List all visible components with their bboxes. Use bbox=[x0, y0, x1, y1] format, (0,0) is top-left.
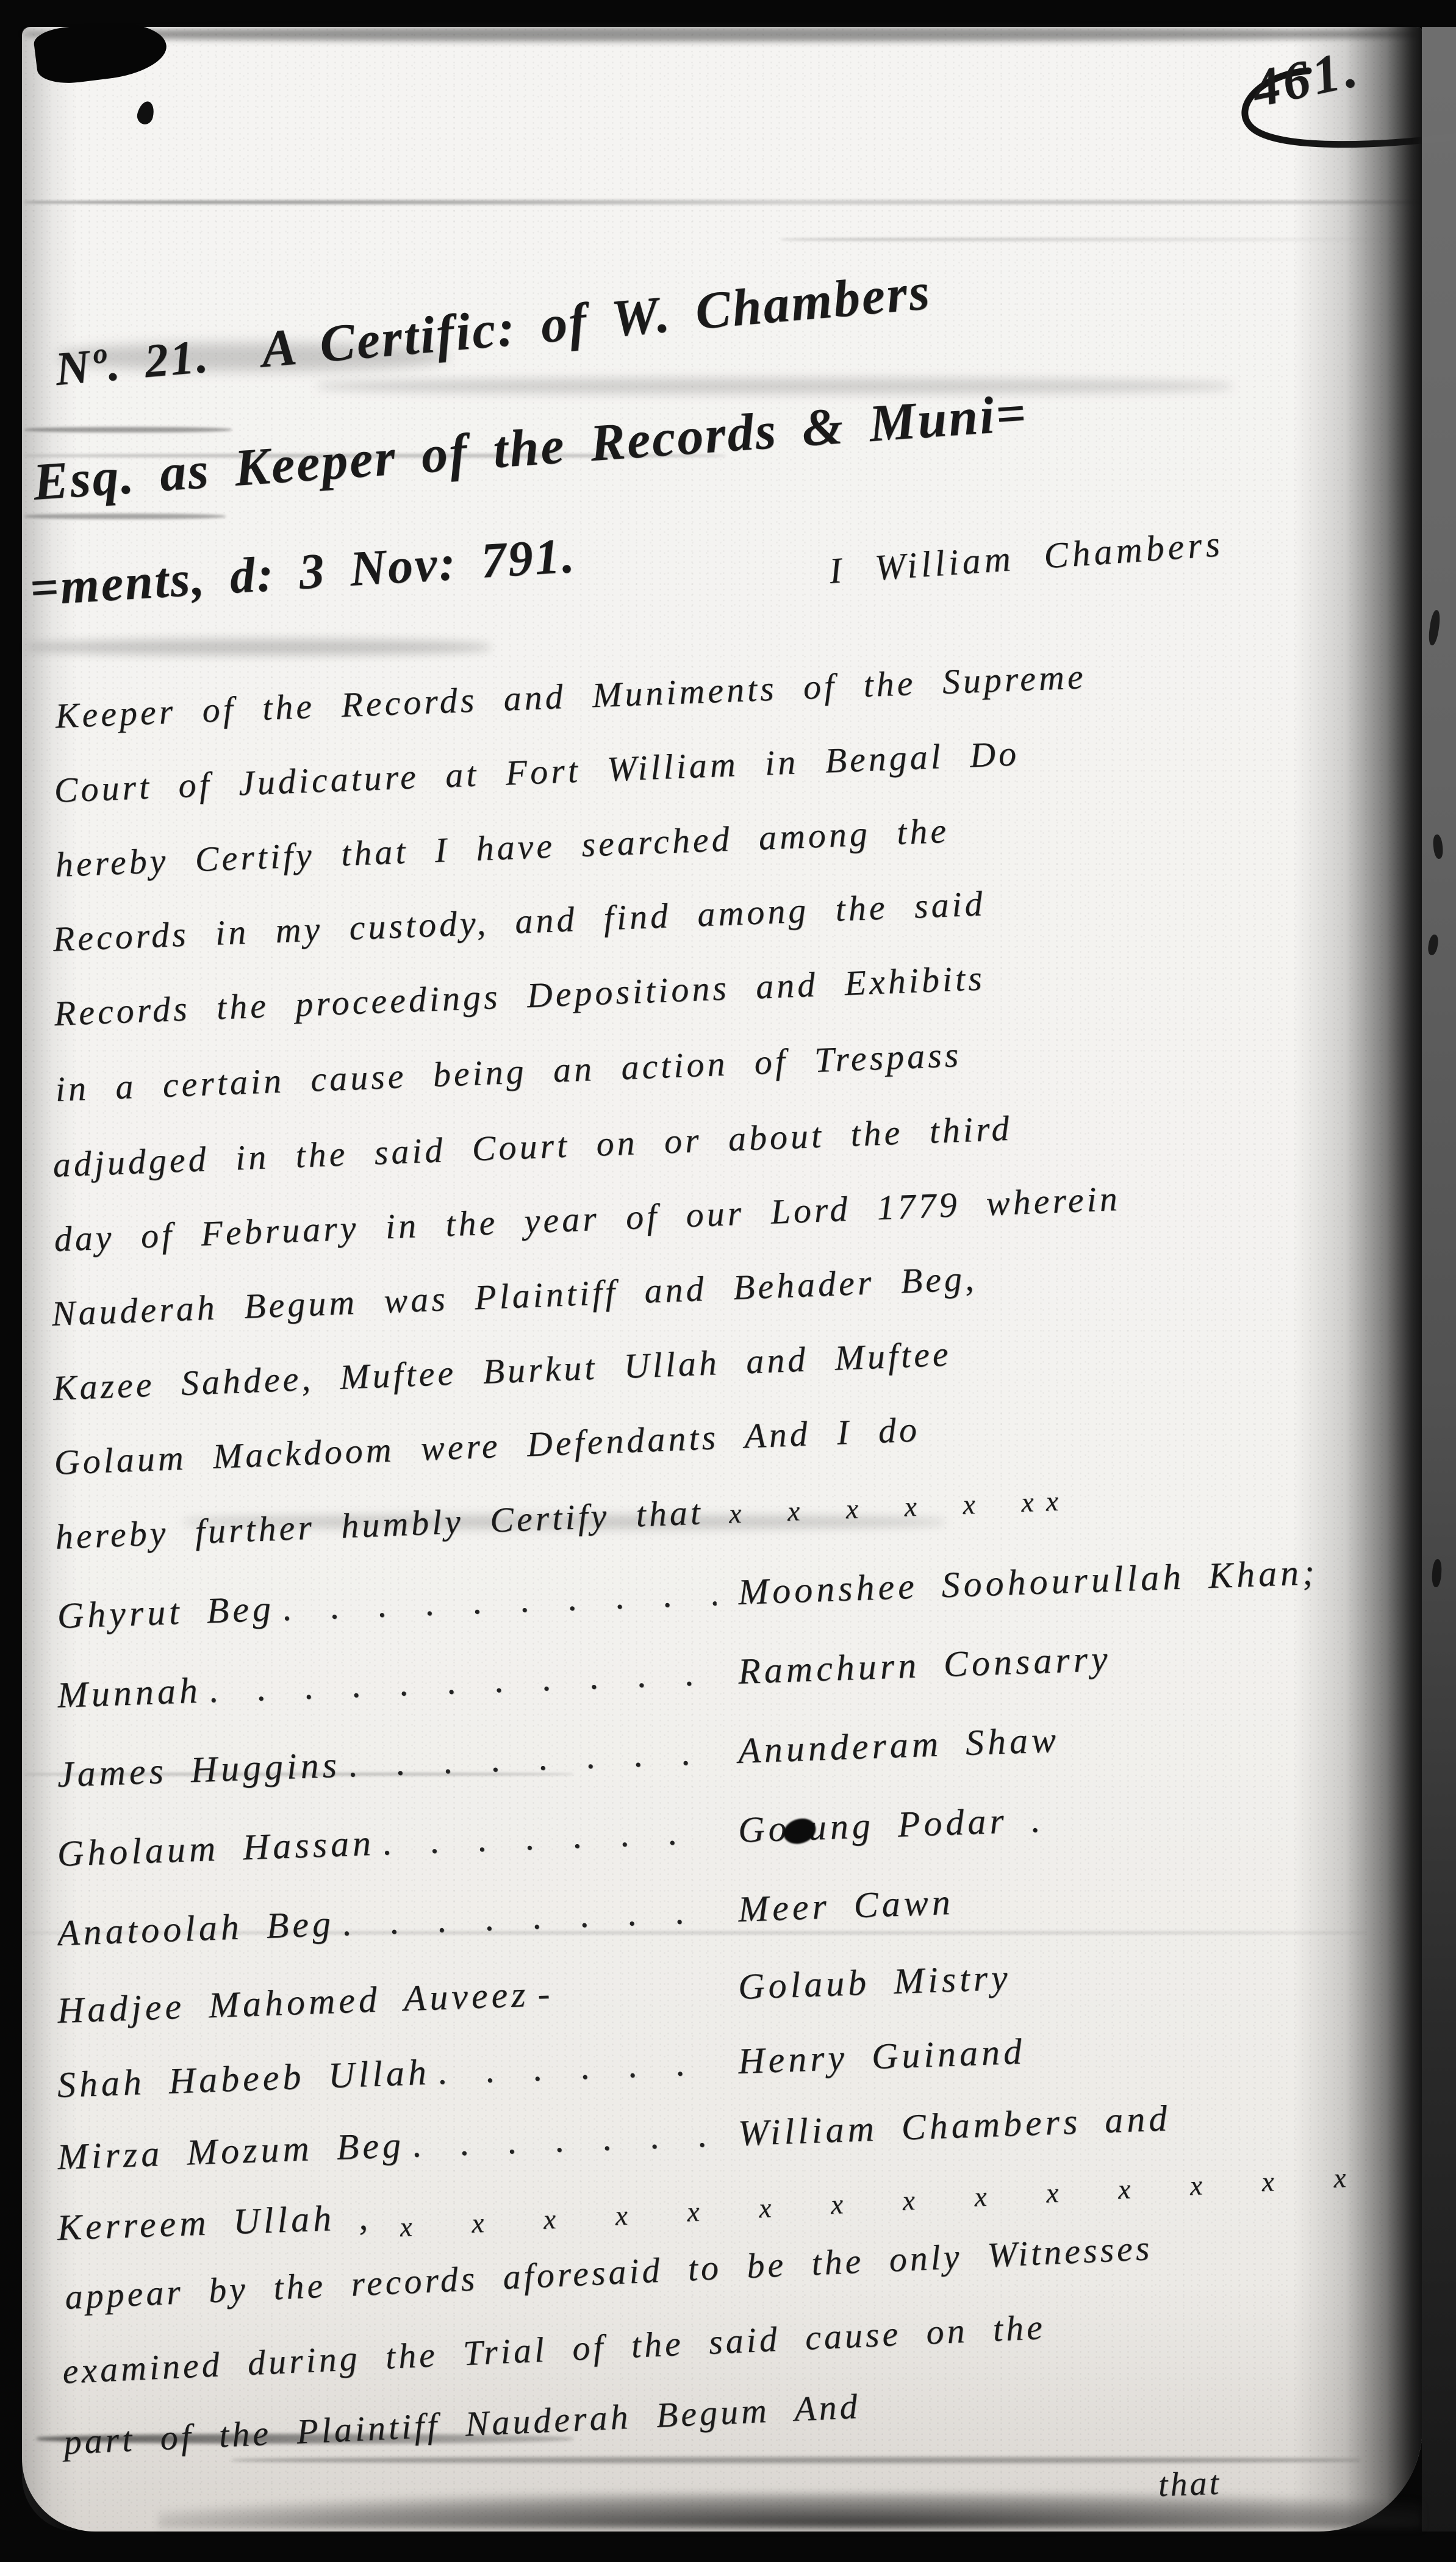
film-edge-strip bbox=[1422, 27, 1456, 2531]
binding-mark bbox=[1432, 834, 1444, 859]
entry-number: Nº. 21. bbox=[53, 329, 212, 395]
page-number-block: 461. bbox=[1217, 48, 1436, 176]
catchword: that bbox=[1158, 2463, 1222, 2505]
dash-leader: - bbox=[537, 1967, 717, 2015]
witness-left-name: Ghyrut Beg bbox=[57, 1588, 275, 1637]
binding-mark bbox=[1431, 1559, 1442, 1588]
binding-mark bbox=[1427, 934, 1440, 956]
witness-left-name: Munnah bbox=[57, 1670, 202, 1717]
scanned-manuscript-page: 461. Nº. 21.A Certific: of W. Chambers E… bbox=[0, 0, 1456, 2562]
binding-mark bbox=[1427, 609, 1441, 646]
